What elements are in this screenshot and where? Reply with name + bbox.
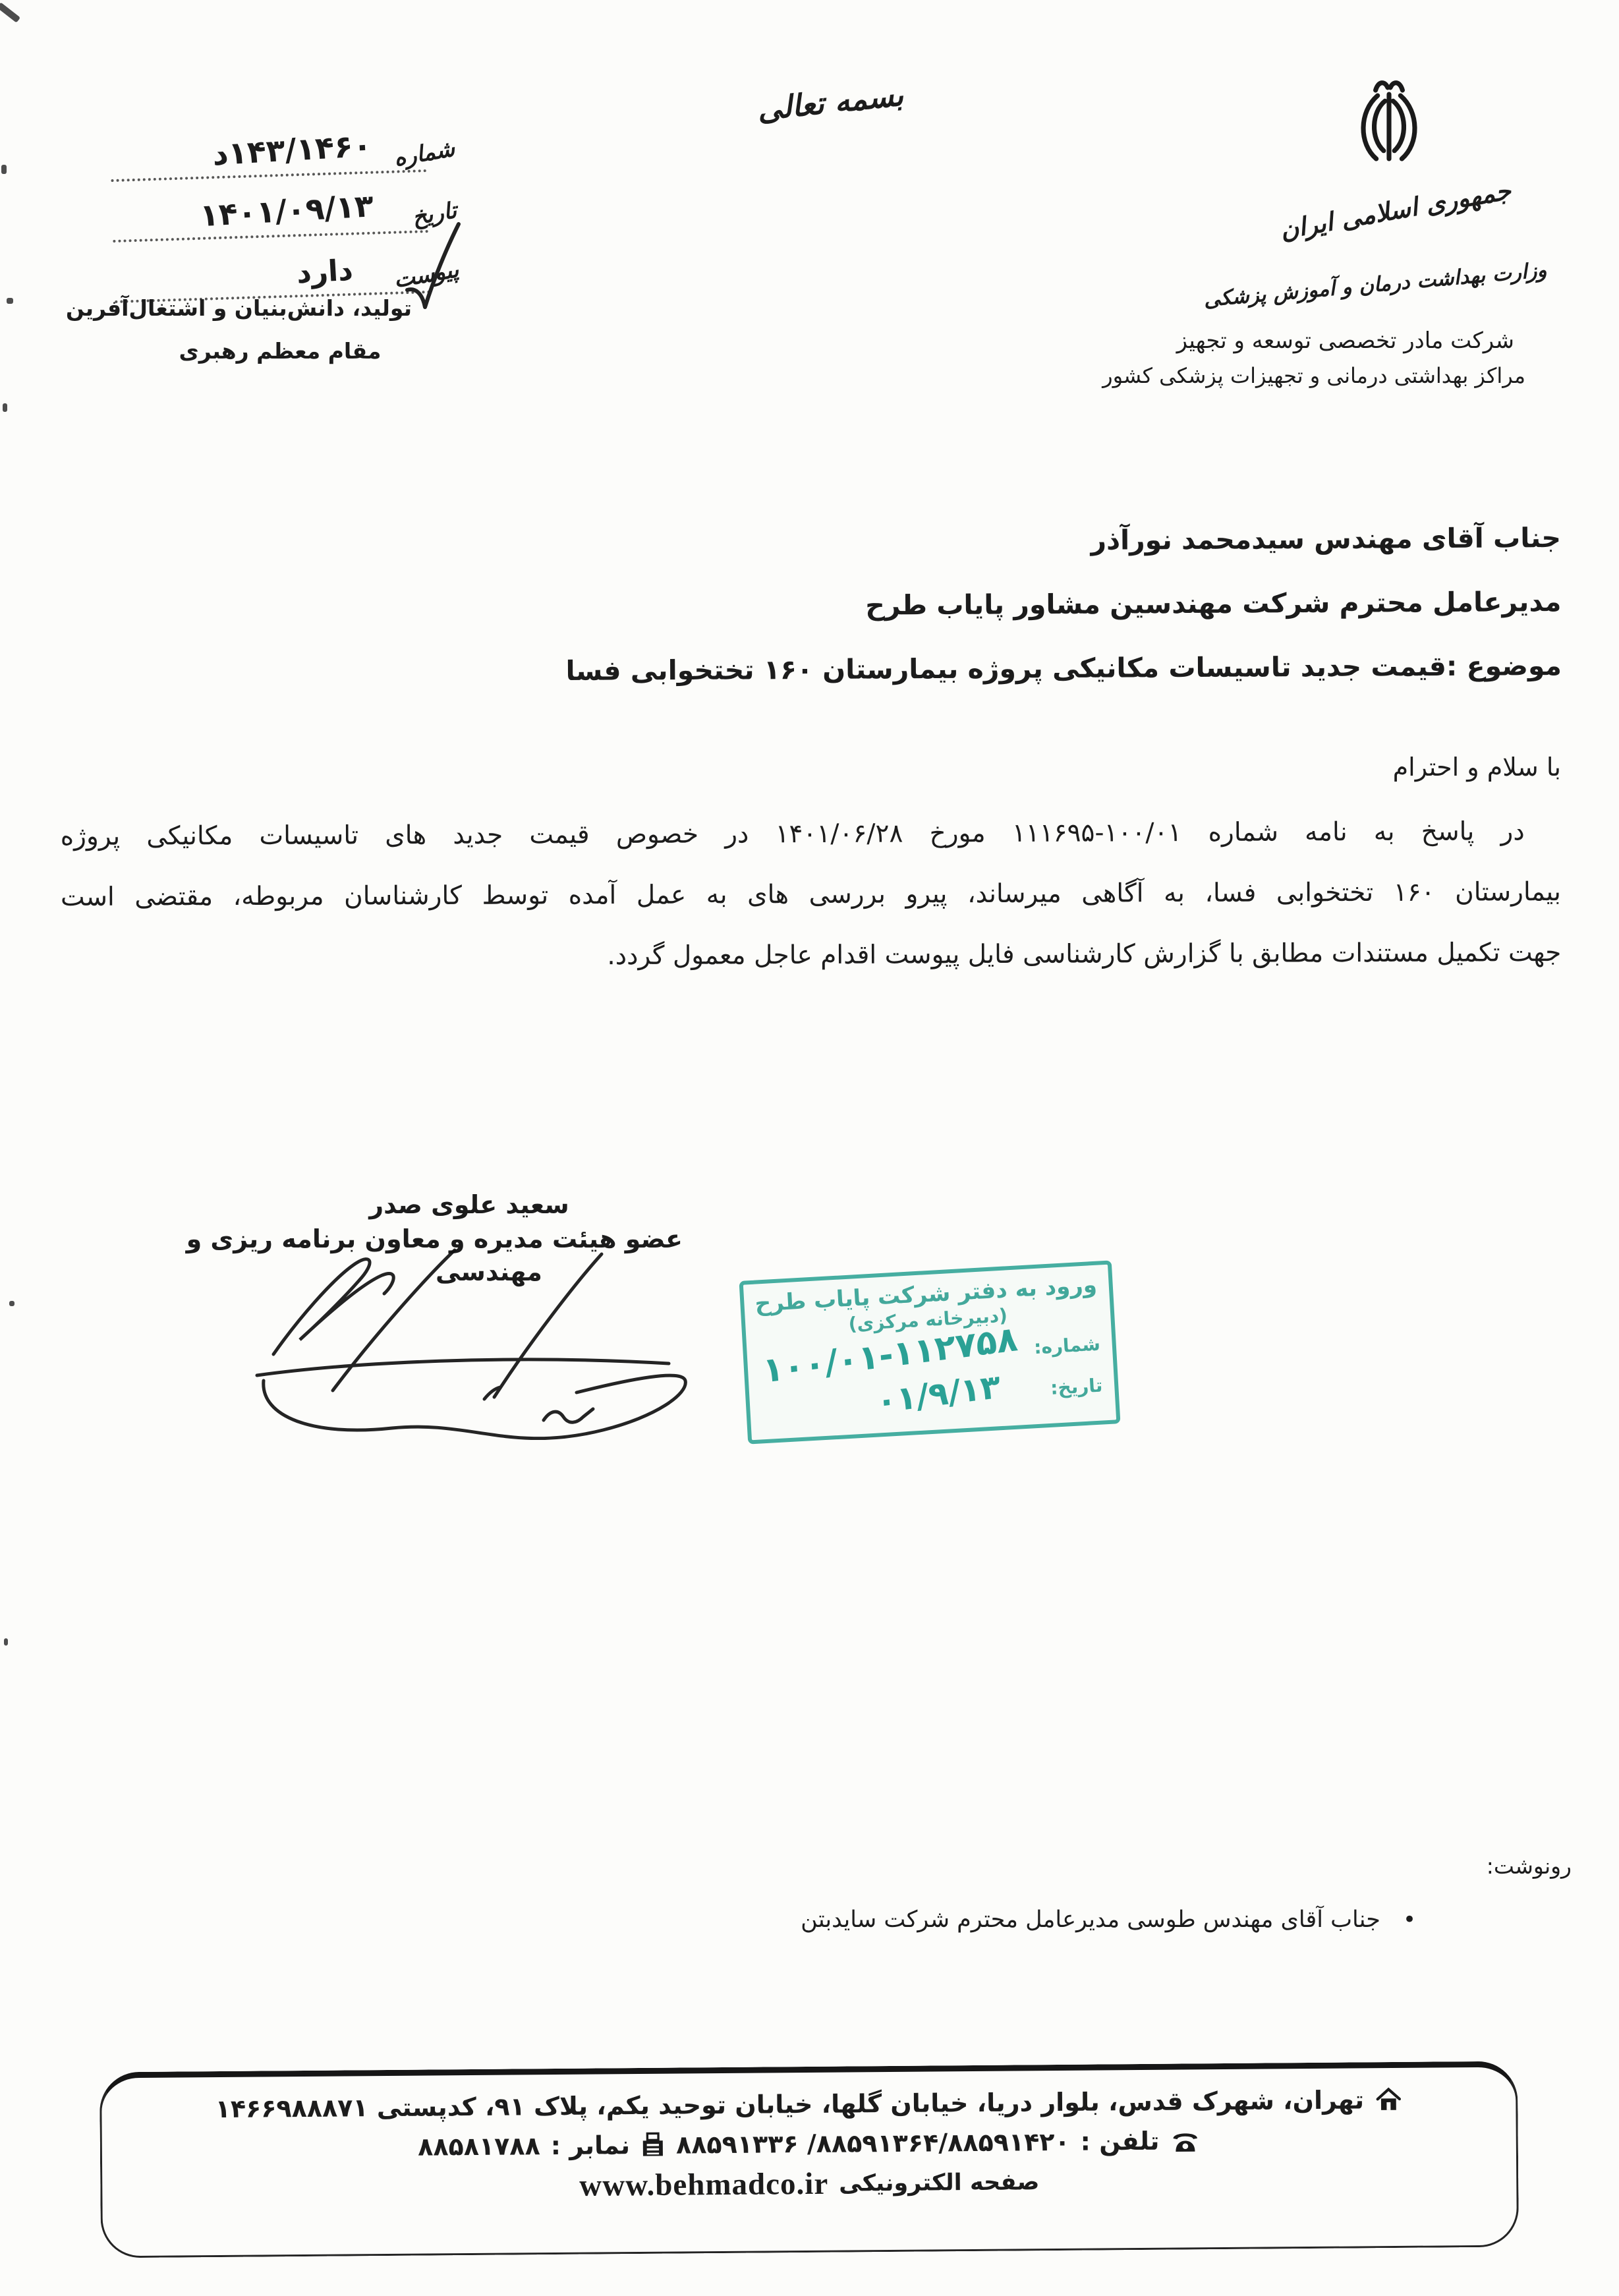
signatory-name: سعید علوی صدر: [256, 1190, 683, 1219]
scan-speck: [0, 2, 20, 22]
website-url: www.behmadco.ir: [579, 2166, 828, 2204]
body-line-3: جهت تکمیل مستندات مطابق با گزارش کارشناس…: [61, 923, 1561, 989]
footer-address-line: تهران، شهرک قدس، بلوار دریا، خیابان گلها…: [101, 2084, 1516, 2125]
subject-line: موضوع :قیمت جدید تاسیسات مکانیکی پروژه ب…: [565, 634, 1562, 703]
scan-speck: [1, 165, 7, 174]
slogan-block: تولید، دانش‌بنیان و اشتغال‌آفرین مقام مع…: [148, 295, 412, 364]
phone-numbers: ۸۸۵۹۱۳۳۶ /۸۸۵۹۱۳۶۴/۸۸۵۹۱۴۲۰: [676, 2127, 1070, 2160]
slogan-line1: تولید، دانش‌بنیان و اشتغال‌آفرین: [148, 295, 412, 321]
body-line-1: در پاسخ به نامه شماره ۱۰۰/۰۱-۱۱۱۶۹۵ مورخ…: [61, 801, 1561, 867]
stamp-date-label: تاریخ:: [1050, 1374, 1103, 1398]
body-paragraph: در پاسخ به نامه شماره ۱۰۰/۰۱-۱۱۱۶۹۵ مورخ…: [61, 801, 1562, 989]
signature-scribble: [234, 1222, 698, 1440]
salutation: با سلام و احترام: [1393, 753, 1561, 782]
recipient-block: جناب آقای مهندس سیدمحمد نورآذر مدیرعامل …: [565, 506, 1562, 703]
stamp-number-label: شماره:: [1033, 1333, 1100, 1358]
fax-label: نمابر :: [551, 2131, 631, 2160]
scan-speck: [9, 1301, 14, 1306]
attachment-value: دارد: [296, 254, 354, 291]
letter-number-row: ۱۴۳/۱۴۶۰د شماره: [108, 112, 451, 183]
house-icon: [1375, 2086, 1402, 2113]
cc-item-text: جناب آقای مهندس طوسی مدیرعامل محترم شرکت…: [801, 1907, 1380, 1933]
fax-icon: [640, 2132, 666, 2158]
reference-block: ۱۴۳/۱۴۶۰د شماره ۱۴۰۱/۰۹/۱۳ تاریخ دارد پی…: [108, 112, 454, 304]
stamp-date-value: ۰۱/۹/۱۳: [875, 1367, 1002, 1421]
scan-speck: [4, 1638, 8, 1646]
recipient-title: مدیرعامل محترم شرکت مهندسین مشاور پایاب …: [565, 570, 1561, 639]
header-calligraphy-line2: وزارت بهداشت درمان و آموزش پزشکی: [1237, 258, 1547, 309]
letter-date-value: ۱۴۰۱/۰۹/۱۳: [199, 188, 375, 234]
header-org-line1: شرکت مادر تخصصی توسعه و تجهیز: [1205, 328, 1514, 354]
scan-speck: [7, 298, 13, 304]
cc-label: رونوشت:: [1487, 1853, 1572, 1879]
entry-stamp: ورود به دفتر شرکت پایاب طرح (دبیرخانه مر…: [739, 1260, 1121, 1444]
footer-web-line: صفحه الکترونیکی www.behmadco.ir: [102, 2161, 1516, 2208]
scan-speck: [3, 403, 7, 412]
bullet-icon: •: [1403, 1907, 1416, 1933]
header-calligraphy-line1: جمهوری اسلامی ایران: [1294, 176, 1514, 243]
letter-number-label: شماره: [392, 136, 457, 172]
recipient-name: جناب آقای مهندس سیدمحمد نورآذر: [565, 506, 1561, 575]
letter-date-row: ۱۴۰۱/۰۹/۱۳ تاریخ: [110, 173, 453, 244]
besmele-calligraphy: بسمه تعالی: [724, 73, 937, 130]
footer-address: تهران، شهرک قدس، بلوار دریا، خیابان گلها…: [215, 2085, 1364, 2123]
telephone-icon: [1170, 2127, 1200, 2154]
letter-number-value: ۱۴۳/۱۴۶۰د: [212, 128, 373, 173]
header-org-line2: مراکز بهداشتی درمانی و تجهیزات پزشکی کشو…: [1114, 363, 1525, 388]
iran-emblem-icon: [1355, 74, 1423, 178]
slogan-line2: مقام معظم رهبری: [148, 338, 412, 364]
footer-phone-line: تلفن : ۸۸۵۹۱۳۳۶ /۸۸۵۹۱۳۶۴/۸۸۵۹۱۴۲۰ نمابر…: [102, 2124, 1516, 2164]
website-label: صفحه الکترونیکی: [839, 2169, 1039, 2196]
fax-number: ۸۸۵۸۱۷۸۸: [418, 2131, 540, 2161]
phone-label: تلفن :: [1081, 2127, 1160, 2156]
cc-item: • جناب آقای مهندس طوسی مدیرعامل محترم شر…: [801, 1907, 1416, 1933]
scanned-letter-page: ۱۴۳/۱۴۶۰د شماره ۱۴۰۱/۰۹/۱۳ تاریخ دارد پی…: [0, 0, 1619, 2296]
body-line-2: بیمارستان ۱۶۰ تختخوابی فسا، به آگاهی میر…: [61, 862, 1561, 928]
footer-box: تهران، شهرک قدس، بلوار دریا، خیابان گلها…: [99, 2061, 1519, 2258]
checkmark-icon: [403, 221, 464, 315]
